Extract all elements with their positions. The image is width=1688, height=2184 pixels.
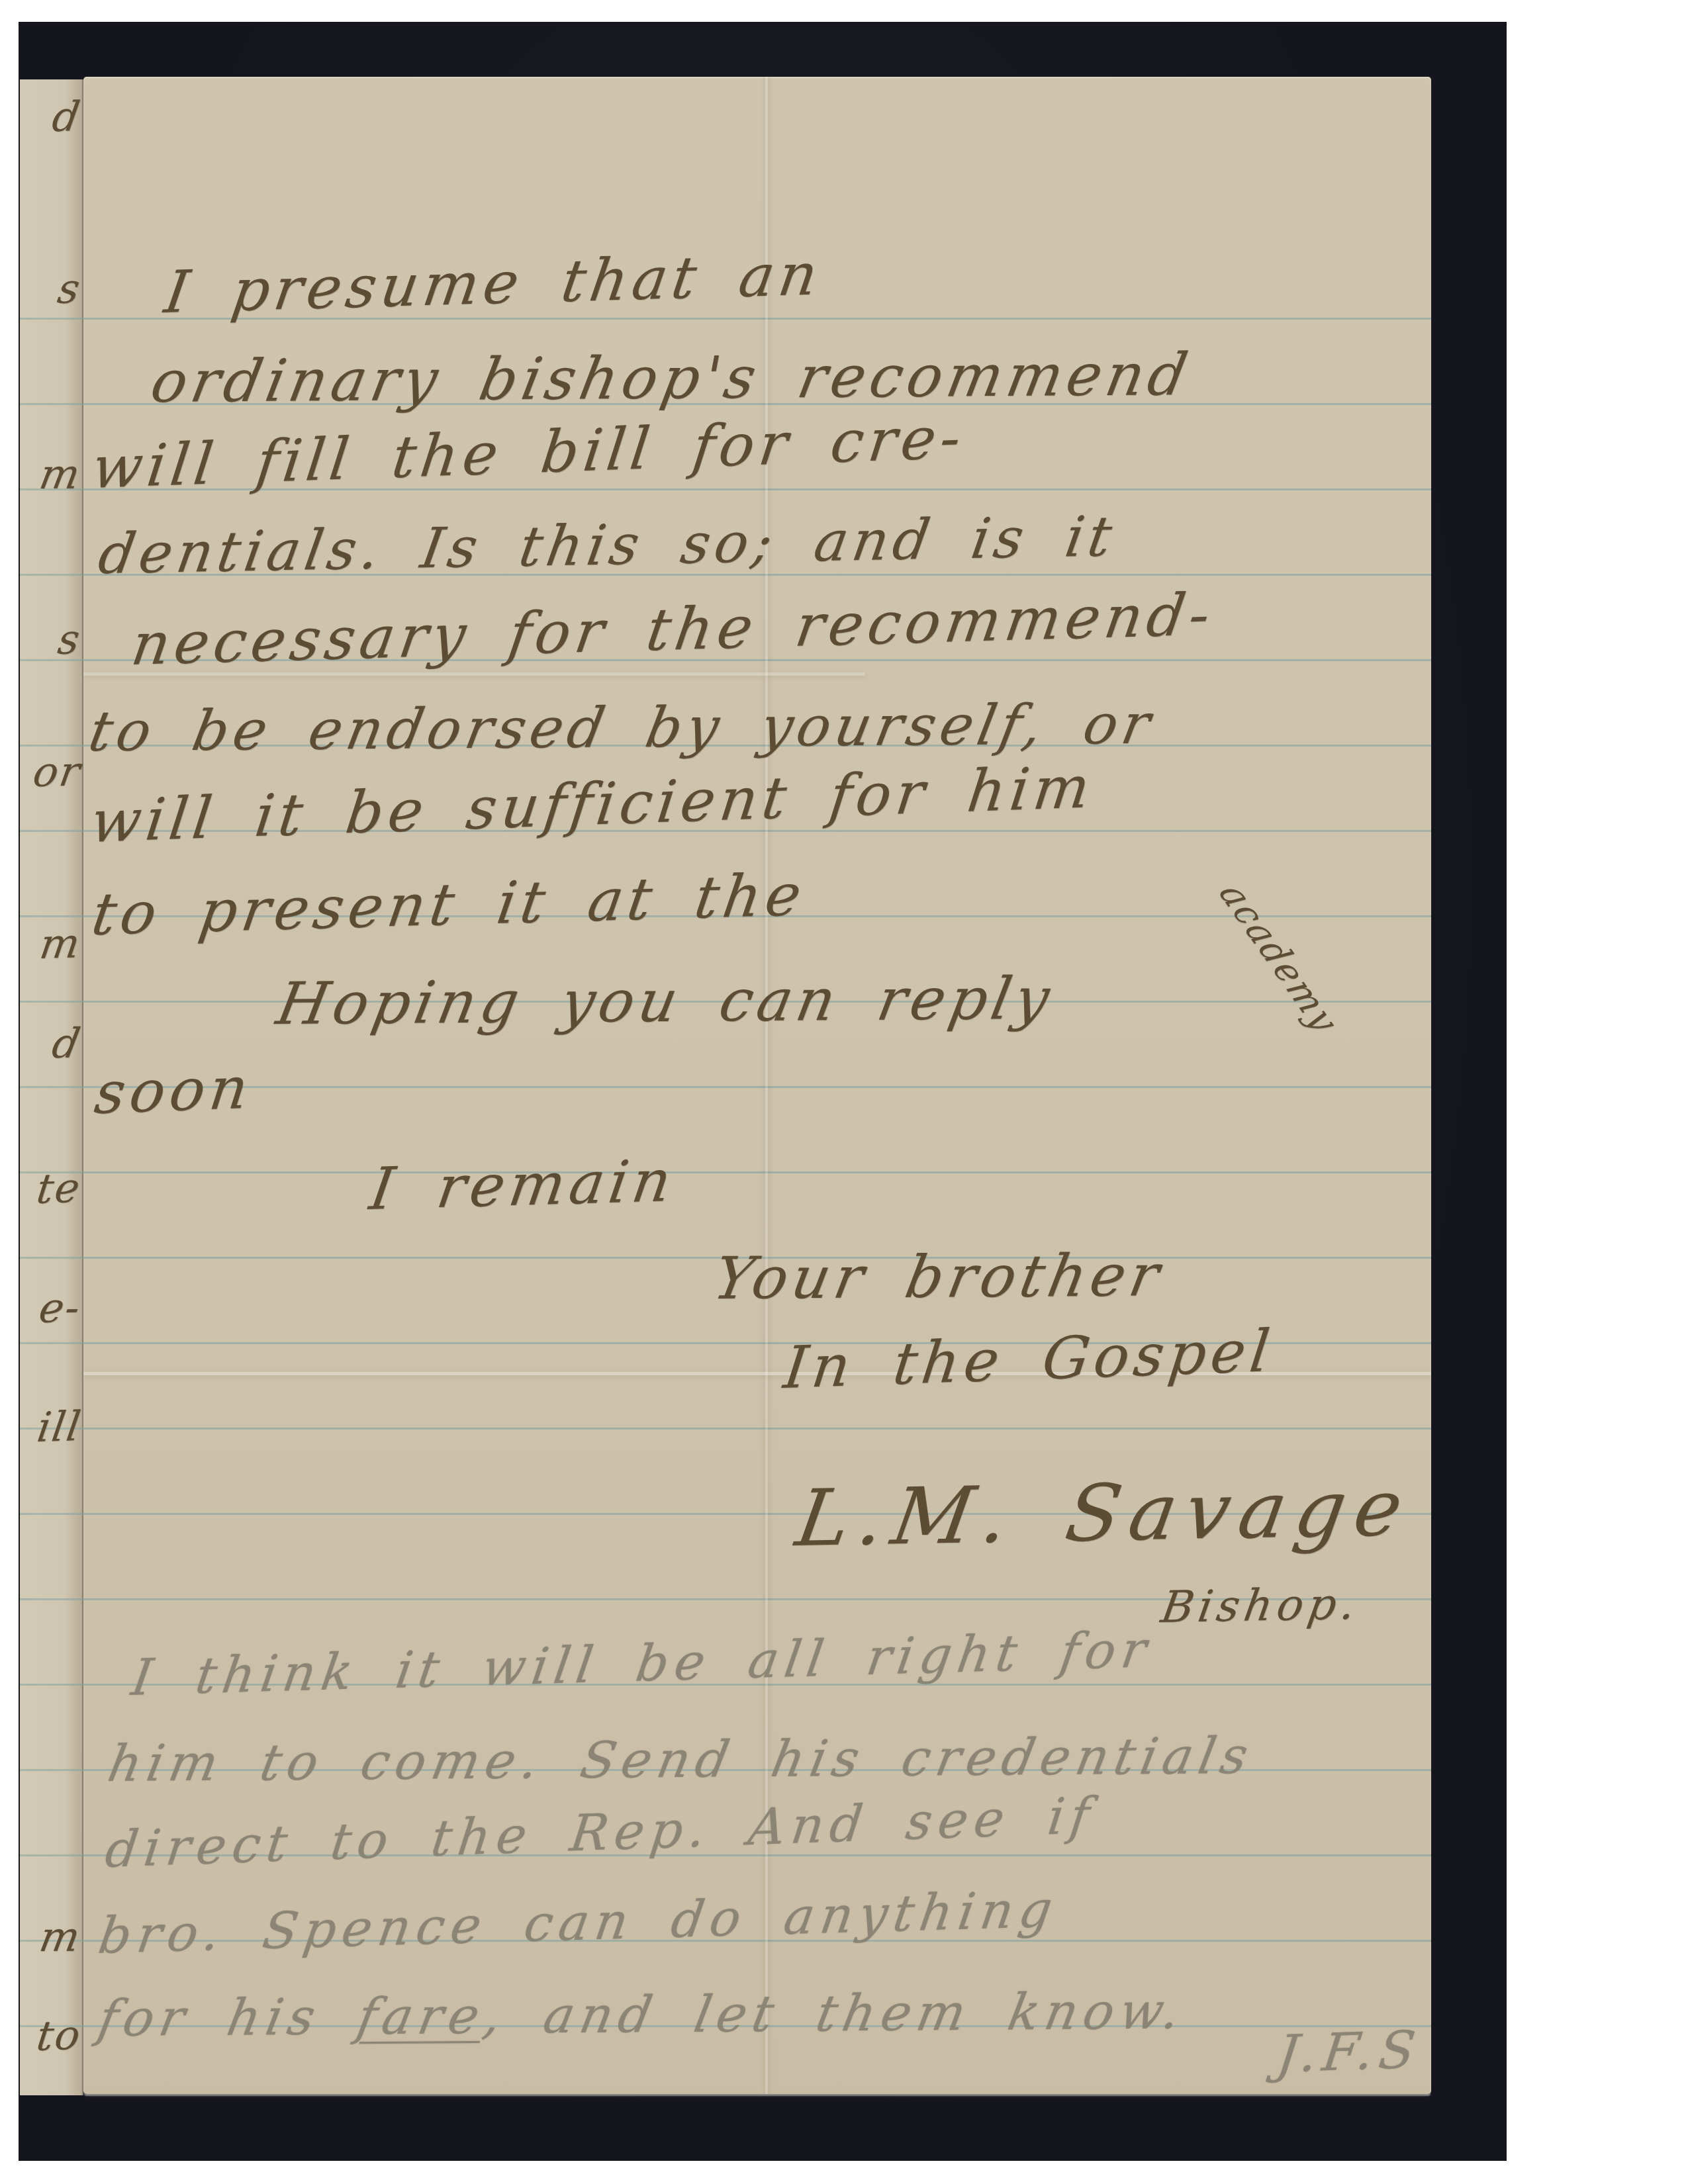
signature-title: Bishop. [1158, 1578, 1364, 1633]
postscript-text: , and let them know. [479, 1981, 1191, 2045]
word-fragment: e- [36, 1283, 83, 1332]
handwritten-line: ordinary bishop's recommend [146, 340, 1197, 416]
photo-background: d s m s or m d te e- ill m to I presume … [19, 22, 1507, 2161]
handwritten-line: to be endorsed by yourself, or [84, 692, 1160, 764]
postscript-line: for his fare, and let them know. [94, 1981, 1191, 2048]
word-fragment: m [36, 1913, 83, 1961]
word-fragment: to [34, 2011, 83, 2060]
signature: L.M. Savage [790, 1462, 1418, 1564]
letter-page: I presume that an ordinary bishop's reco… [83, 77, 1431, 2094]
underlined-word-fare: fare [353, 1986, 491, 2046]
word-fragment: or [30, 747, 83, 796]
word-fragment: m [37, 919, 83, 968]
scanned-handwritten-letter: d s m s or m d te e- ill m to I presume … [0, 0, 1688, 2184]
postscript-text: for his [94, 1987, 364, 2048]
word-fragment: te [34, 1163, 83, 1213]
word-fragment: ill [34, 1402, 83, 1451]
word-fragment: d [49, 92, 83, 141]
handwritten-line: Hoping you can reply [271, 964, 1059, 1038]
postscript-line: him to come. Send his credentials [104, 1726, 1259, 1793]
word-fragment: m [36, 450, 83, 498]
postscript-initials: J.F.S [1274, 2021, 1424, 2085]
closing-line: I remain [365, 1146, 680, 1223]
adjacent-page-edge: d s m s or m d te e- ill m to [20, 79, 83, 2095]
handwritten-line: soon [91, 1054, 257, 1127]
closing-line: Your brother [708, 1241, 1169, 1312]
